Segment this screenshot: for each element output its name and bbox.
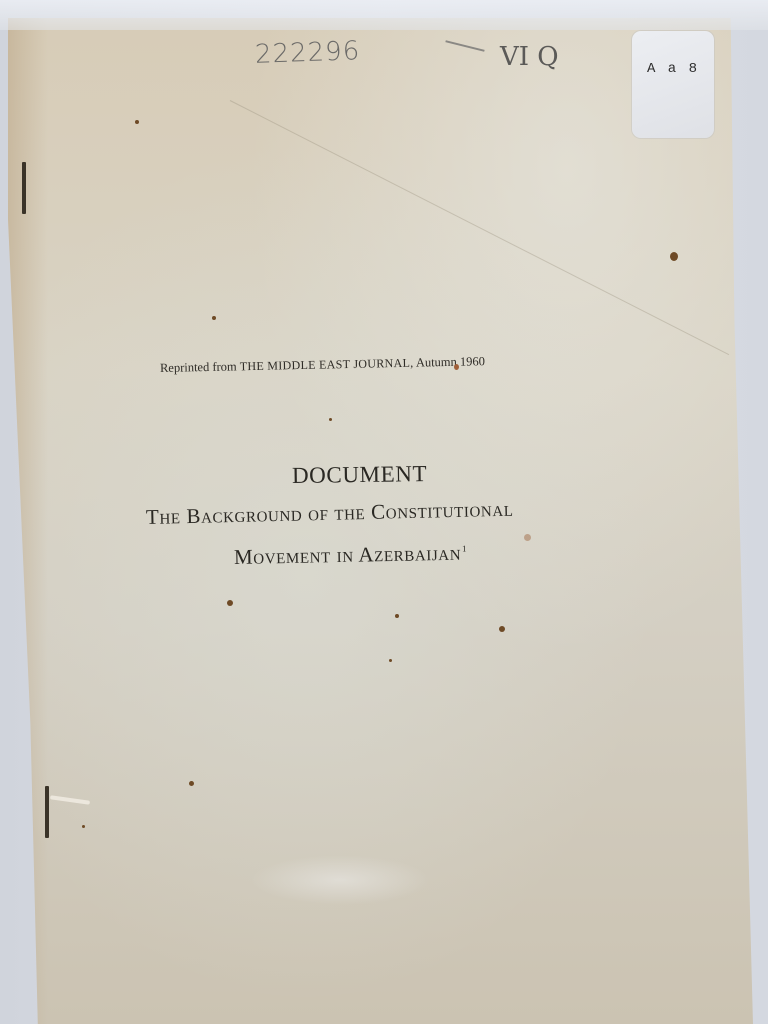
- journal-name: THE MIDDLE EAST JOURNAL,: [240, 356, 414, 374]
- document-subtitle-line2: Movement in Azerbaijan1: [234, 541, 468, 570]
- foxing-spot: [212, 316, 216, 320]
- handwritten-shelf-mark: VI Q: [500, 42, 559, 72]
- catalog-label-text: A a 8: [632, 61, 714, 77]
- catalog-label-sticker: A a 8: [632, 31, 714, 138]
- document-heading: DOCUMENT: [292, 461, 427, 489]
- foxing-spot: [524, 534, 531, 541]
- foxing-spot: [189, 781, 194, 786]
- foxing-spot: [227, 600, 233, 606]
- foxing-spot: [82, 825, 85, 828]
- journal-issue: Autumn 1960: [416, 354, 485, 369]
- foxing-spot: [329, 418, 332, 421]
- staple-top: [22, 162, 26, 214]
- handwritten-accession-number: 222296: [255, 36, 361, 70]
- foxing-spot: [454, 364, 459, 370]
- foxing-spot: [670, 252, 678, 261]
- foxing-spot: [395, 614, 399, 618]
- reprint-prefix: Reprinted from: [160, 359, 237, 375]
- foxing-spot: [499, 626, 505, 632]
- plastic-sleeve-edge: [0, 0, 768, 30]
- subtitle-line2-text: Movement in Azerbaijan: [234, 541, 462, 569]
- foxing-spot: [135, 120, 139, 124]
- staple-bottom: [45, 786, 49, 838]
- footnote-marker: 1: [462, 544, 467, 554]
- water-stain: [250, 855, 430, 905]
- foxing-spot: [389, 659, 392, 662]
